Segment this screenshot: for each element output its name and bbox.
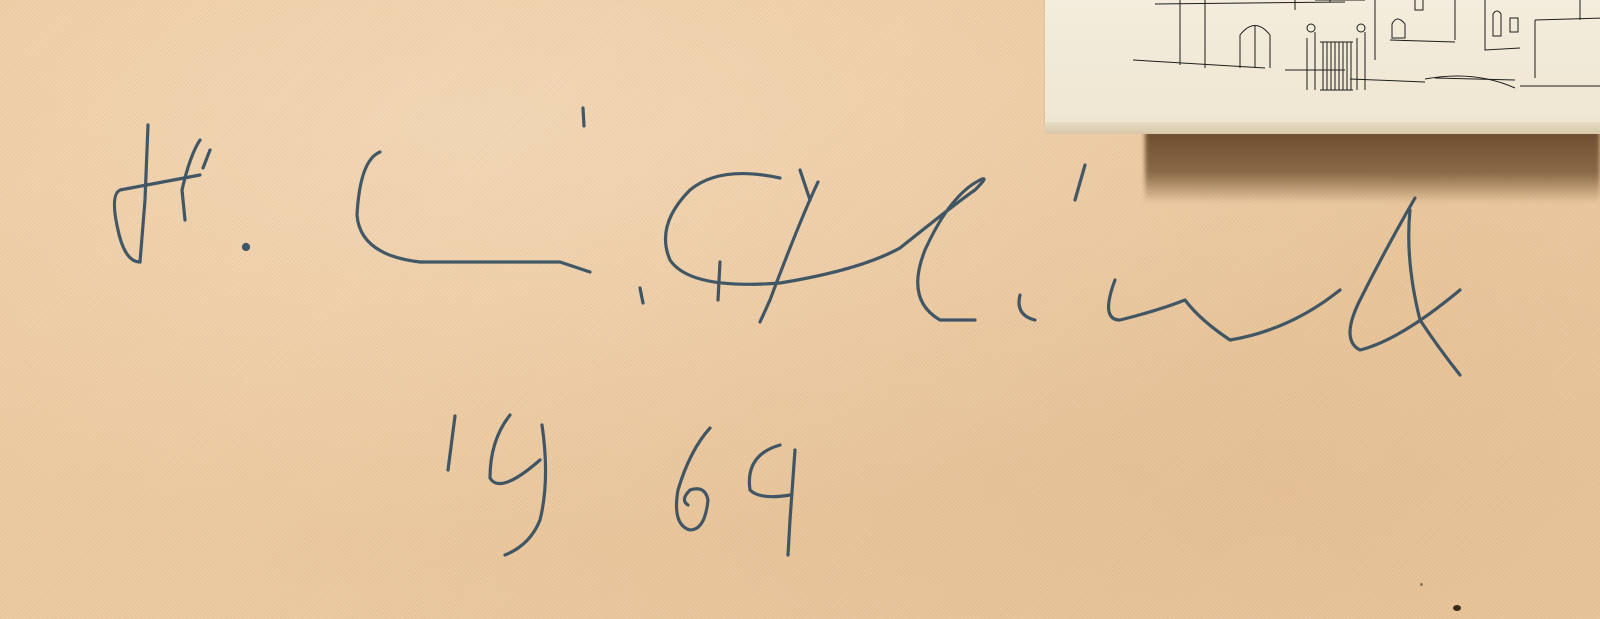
signature-strokes — [0, 0, 1600, 619]
canvas-speck — [1453, 605, 1461, 611]
canvas-speck — [1420, 583, 1423, 586]
handwritten-signature: H. C. Ahlinod 1964 — [0, 0, 1600, 619]
